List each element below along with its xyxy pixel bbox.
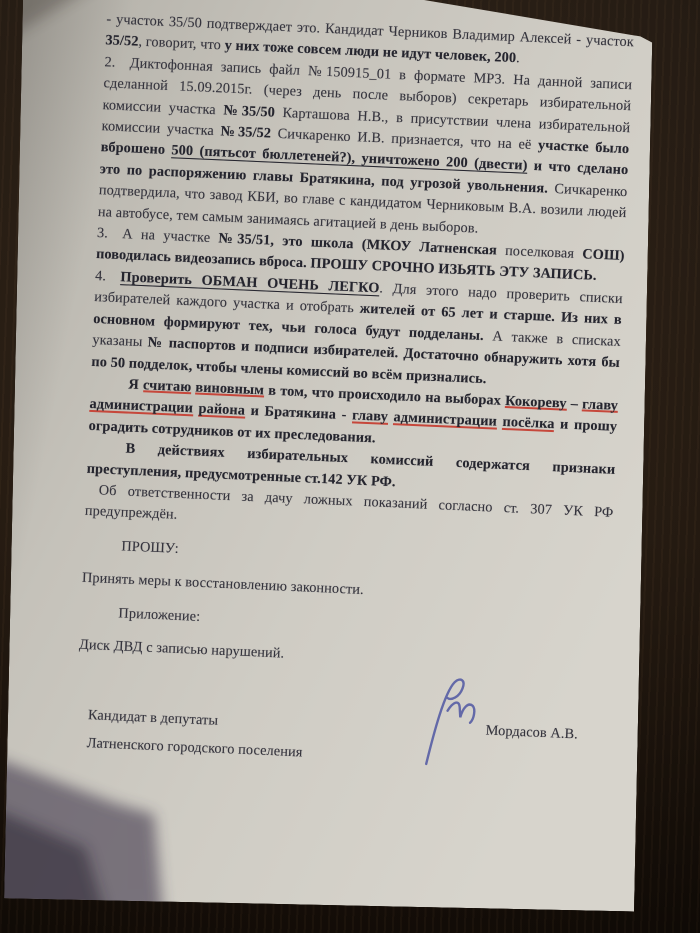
text-run: Принять меры к восстановлению законности… bbox=[82, 570, 364, 598]
red-underlined-text: посёлка bbox=[502, 414, 555, 432]
red-underlined-text: считаю bbox=[143, 377, 192, 395]
photo-scene: - участок 35/50 подтверждает это. Кандид… bbox=[0, 0, 700, 933]
text-run: Диск ДВД с записью нарушений. bbox=[79, 637, 285, 662]
text-run: Приложение: bbox=[118, 605, 200, 625]
signature-icon bbox=[416, 673, 484, 774]
bold-text: №35/50 bbox=[223, 102, 275, 120]
document-text: - участок 35/50 подтверждает это. Кандид… bbox=[74, 9, 634, 780]
document-paper: - участок 35/50 подтверждает это. Кандид… bbox=[4, 0, 654, 911]
red-underlined-text: главу bbox=[352, 408, 388, 426]
bold-text: и Братякина - bbox=[245, 403, 353, 424]
text-run: . bbox=[516, 51, 520, 67]
document-body: - участок 35/50 подтверждает это. Кандид… bbox=[79, 9, 635, 679]
text-run: ПРОШУ: bbox=[121, 538, 179, 556]
red-underlined-text: Кокореву bbox=[505, 393, 567, 412]
red-underlined-text: района bbox=[198, 401, 245, 419]
paragraph: 2. Диктофонная запись файл №150915_01 в … bbox=[97, 52, 632, 246]
bold-text: – bbox=[566, 396, 582, 413]
text-run: , говорит, что bbox=[138, 34, 225, 54]
text-run: поселковая bbox=[497, 243, 583, 263]
red-underlined-text: виновным bbox=[195, 379, 264, 398]
bold-text: №35/52 bbox=[220, 123, 271, 141]
bold-text: Я bbox=[128, 376, 143, 393]
text-run: 3. А на участке bbox=[97, 225, 219, 246]
text-run: 4. bbox=[95, 268, 121, 285]
red-underlined-text: администрации bbox=[89, 396, 193, 416]
red-underlined-text: администрации bbox=[393, 409, 497, 429]
bold-text: №35/51, bbox=[218, 230, 274, 248]
bold-text: 35/52 bbox=[105, 33, 139, 50]
signer-name: Мордасов А.В. bbox=[485, 721, 578, 746]
red-underlined-text: главу bbox=[582, 396, 618, 414]
